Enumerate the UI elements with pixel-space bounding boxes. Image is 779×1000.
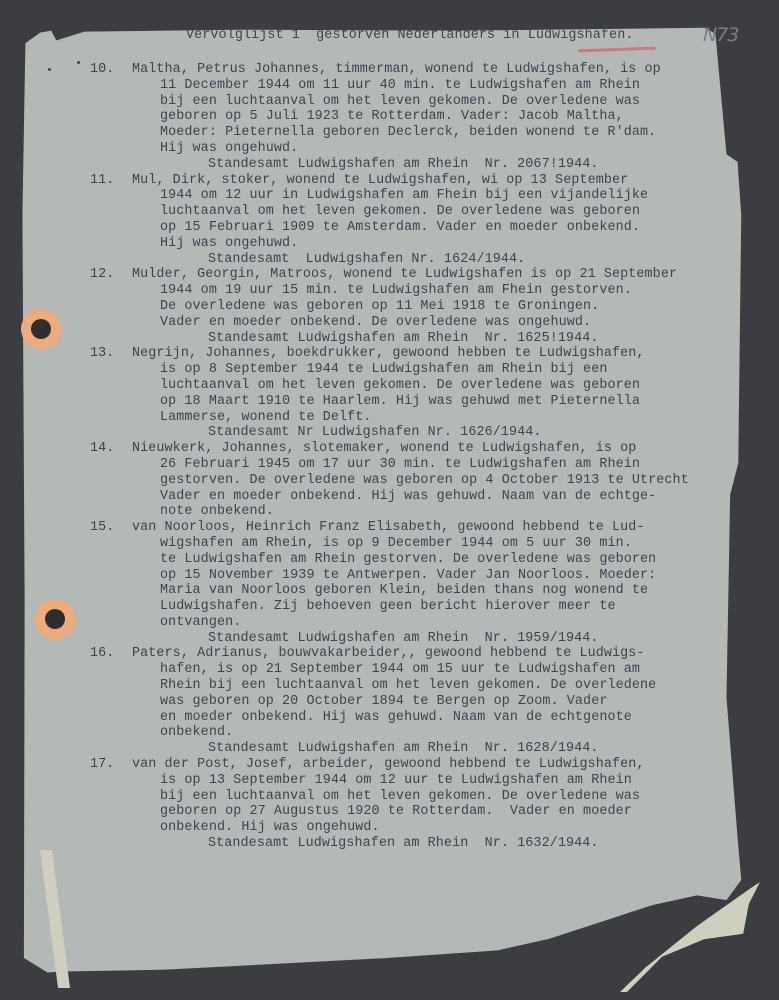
entry-text-line: note onbekend.	[160, 504, 750, 520]
entry-text-line: van Noorloos, Heinrich Franz Elisabeth, …	[132, 520, 750, 536]
entry-text-line: geboren op 27 Augustus 1920 te Rotterdam…	[160, 804, 750, 820]
entry-number: 15.	[90, 520, 114, 536]
registry-reference: Standesamt Nr Ludwigshafen Nr. 1626/1944…	[208, 425, 750, 441]
record-entry: 13.Negrijn, Johannes, boekdrukker, gewoo…	[90, 346, 750, 441]
entry-text-line: is op 8 September 1944 te Ludwigshafen a…	[160, 362, 750, 378]
red-pencil-underline	[578, 47, 656, 53]
entry-text-line: Nieuwkerk, Johannes, slotemaker, wonend …	[132, 441, 750, 457]
entry-text-line: op 18 Maart 1910 te Haarlem. Hij was geh…	[160, 394, 750, 410]
entry-text-line: De overledene was geboren op 11 Mei 1918…	[160, 299, 750, 315]
record-entry: 17.van der Post, Josef, arbeider, gewoon…	[90, 757, 750, 852]
entry-text-line: Rhein bij een luchtaanval om het leven g…	[160, 678, 750, 694]
entry-text-line: op 15 Februari 1909 te Amsterdam. Vader …	[160, 220, 750, 236]
entry-text-line: 26 Februari 1945 om 17 uur 30 min. te Lu…	[160, 457, 750, 473]
entry-number: 12.	[90, 267, 114, 283]
entry-number: 14.	[90, 441, 114, 457]
entry-text-line: was geboren op 20 October 1894 te Bergen…	[160, 694, 750, 710]
entry-text-line: hafen, is op 21 September 1944 om 15 uur…	[160, 662, 750, 678]
entry-text-line: Hij was ongehuwd.	[160, 141, 750, 157]
registry-reference: Standesamt Ludwigshafen am Rhein Nr. 206…	[208, 157, 750, 173]
entry-text-line: 11 December 1944 om 11 uur 40 min. te Lu…	[160, 78, 750, 94]
record-entry: 15.van Noorloos, Heinrich Franz Elisabet…	[90, 520, 750, 646]
entry-number: 16.	[90, 646, 114, 662]
entry-text-line: onbekend. Hij was ongehuwd.	[160, 820, 750, 836]
entry-text-line: is op 13 September 1944 om 12 uur te Lud…	[160, 773, 750, 789]
entry-number: 13.	[90, 346, 114, 362]
entry-text-line: wigshafen am Rhein, is op 9 December 194…	[160, 536, 750, 552]
page-title: Vervolglijst 1 gestorven Nederlanders in…	[186, 28, 633, 44]
entry-text-line: Lammerse, wonend te Delft.	[160, 410, 750, 426]
registry-reference: Standesamt Ludwigshafen am Rhein Nr. 163…	[208, 836, 750, 852]
entry-text-line: 1944 om 12 uur in Ludwigshafen am Fhein …	[160, 188, 750, 204]
entry-text-line: te Ludwigshafen am Rhein gestorven. De o…	[160, 552, 750, 568]
entry-text-line: Mul, Dirk, stoker, wonend te Ludwigshafe…	[132, 173, 750, 189]
entry-text-line: Ludwigshafen. Zij behoeven geen bericht …	[160, 599, 750, 615]
entry-text-line: op 15 November 1939 te Antwerpen. Vader …	[160, 568, 750, 584]
entry-text-line: Maltha, Petrus Johannes, timmerman, wone…	[132, 62, 750, 78]
entry-text-line: Negrijn, Johannes, boekdrukker, gewoond …	[132, 346, 750, 362]
registry-reference: Standesamt Ludwigshafen am Rhein Nr. 162…	[208, 741, 750, 757]
handwritten-annotation: N73	[703, 28, 738, 44]
entry-text-line: geboren op 5 Juli 1923 te Rotterdam. Vad…	[160, 109, 750, 125]
entry-text-line: van der Post, Josef, arbeider, gewoond h…	[132, 757, 750, 773]
record-entry: 10.Maltha, Petrus Johannes, timmerman, w…	[90, 62, 750, 173]
entry-text-line: Mulder, Georgin, Matroos, wonend te Ludw…	[132, 267, 750, 283]
entry-text-line: Vader en moeder onbekend. De overledene …	[160, 315, 750, 331]
entry-text-line: luchtaanval om het leven gekomen. De ove…	[160, 204, 750, 220]
entry-text-line: onbekend.	[160, 725, 750, 741]
typed-text-layer: Vervolglijst 1 gestorven Nederlanders in…	[0, 0, 779, 1000]
entry-text-line: bij een luchtaanval om het leven gekomen…	[160, 789, 750, 805]
entry-text-line: Hij was ongehuwd.	[160, 236, 750, 252]
record-entry: 14.Nieuwkerk, Johannes, slotemaker, wone…	[90, 441, 750, 520]
entry-text-line: Vader en moeder onbekend. Hij was gehuwd…	[160, 489, 750, 505]
entry-text-line: bij een luchtaanval om het leven gekomen…	[160, 94, 750, 110]
entry-text-line: ontvangen.	[160, 615, 750, 631]
entry-text-line: 1944 om 19 uur 15 min. te Ludwigshafen a…	[160, 283, 750, 299]
entry-number: 10.	[90, 62, 114, 78]
registry-reference: Standesamt Ludwigshafen am Rhein Nr. 162…	[208, 331, 750, 347]
entry-text-line: Maria van Noorloos geboren Klein, beiden…	[160, 583, 750, 599]
record-entry: 16.Paters, Adrianus, bouwvakarbeider,, g…	[90, 646, 750, 757]
entry-text-line: en moeder onbekend. Hij was gehuwd. Naam…	[160, 710, 750, 726]
entry-number: 17.	[90, 757, 114, 773]
death-record-list: 10.Maltha, Petrus Johannes, timmerman, w…	[90, 62, 750, 852]
entry-text-line: gestorven. De overledene was geboren op …	[160, 473, 750, 489]
entry-text-line: luchtaanval om het leven gekomen. De ove…	[160, 378, 750, 394]
entry-text-line: Paters, Adrianus, bouwvakarbeider,, gewo…	[132, 646, 750, 662]
record-entry: 11.Mul, Dirk, stoker, wonend te Ludwigsh…	[90, 173, 750, 268]
entry-number: 11.	[90, 173, 114, 189]
registry-reference: Standesamt Ludwigshafen am Rhein Nr. 195…	[208, 631, 750, 647]
entry-text-line: Moeder: Pieternella geboren Declerck, be…	[160, 125, 750, 141]
registry-reference: Standesamt Ludwigshafen Nr. 1624/1944.	[208, 252, 750, 268]
record-entry: 12.Mulder, Georgin, Matroos, wonend te L…	[90, 267, 750, 346]
